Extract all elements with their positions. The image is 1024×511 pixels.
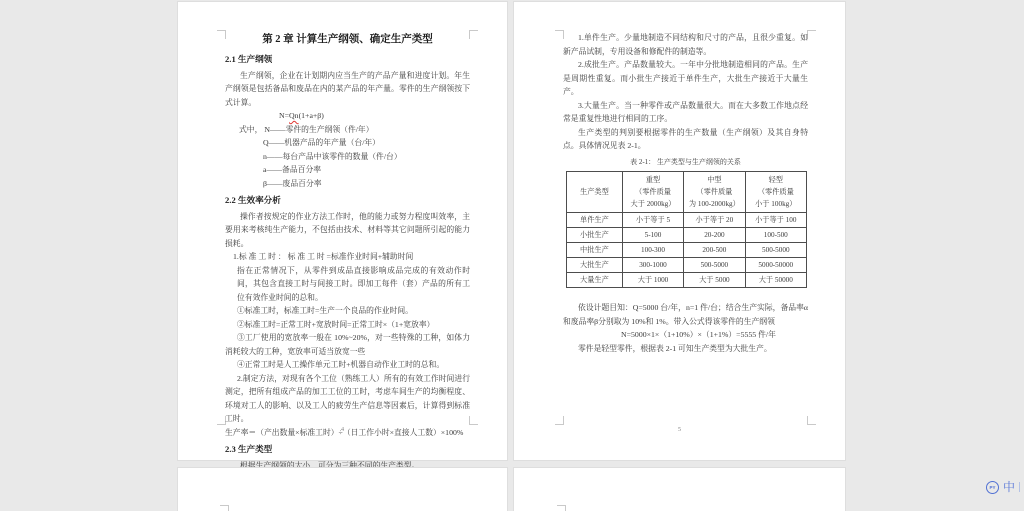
formula-production-outline: N=Qn(1+a+β) — [279, 109, 470, 123]
list-item: ④正常工时是人工操作单元工时+机器自动作业工时的总和。 — [237, 358, 470, 372]
list-item: ②标准工时=正常工时+宽放时间=正常工时×（1+宽放率） — [237, 318, 470, 332]
production-type-table: 生产类型 重型 （零件质量 大于 2000kg） 中型 （零件质量 为 100-… — [566, 171, 807, 288]
table-row: 小批生产 5-100 20-200 100-500 — [567, 228, 807, 243]
paragraph: 生产纲领，企业在计划期内应当生产的产品产量和进度计划。年生产纲领是包括备品和废品… — [225, 69, 470, 110]
formula-outline-result: N=5000×1×（1+10%）×（1+1%）=5555 件/年 — [621, 328, 808, 342]
list-item: 2.制定方法，对现有各个工位（熟练工人）所有的有效工作时间进行测定，把所有组成产… — [225, 372, 470, 426]
table-cell: 大于 5000 — [684, 273, 745, 288]
formula-spellcheck-underline: Qn — [289, 111, 299, 120]
definition-line: Q——机器产品的年产量（台/年） — [263, 136, 470, 150]
pinyin-ime-icon[interactable]: PY — [986, 481, 999, 494]
table-cell: 200-500 — [684, 243, 745, 258]
paragraph: 2.成批生产。产品数量较大。一年中分批地制造相同的产品。生产是周期性重复。而小批… — [563, 58, 808, 99]
paragraph: 零件是轻型零件，根据表 2-1 可知生产类型为大批生产。 — [563, 342, 808, 356]
table-cell: 100-300 — [622, 243, 683, 258]
definition-line: 式中， N——零件的生产纲领（件/年） — [239, 123, 470, 137]
document-page-4[interactable]: 第 2 章 计算生产纲领、确定生产类型 2.1 生产纲领 生产纲领，企业在计划期… — [178, 2, 507, 460]
table-header-row: 生产类型 重型 （零件质量 大于 2000kg） 中型 （零件质量 为 100-… — [567, 172, 807, 213]
list-item: ③工厂使用的宽放率一般在 10%~20%，对一些特殊的工种，如体力消耗较大的工种… — [225, 331, 470, 358]
table-row: 大批生产 300-1000 500-5000 5000-50000 — [567, 258, 807, 273]
table-cell: 小批生产 — [567, 228, 623, 243]
margin-mark-bottom-right — [807, 416, 816, 425]
margin-mark-bottom-left — [555, 416, 564, 425]
table-cell: 大量生产 — [567, 273, 623, 288]
table-header-cell: 生产类型 — [567, 172, 623, 213]
paragraph: 生产类型的判别要根据零件的生产数量（生产纲领）及其自身特点。具体情况见表 2-1… — [563, 126, 808, 153]
formula-post: (1+a+β) — [299, 111, 324, 120]
heading-2-3: 2.3 生产类型 — [225, 443, 470, 457]
table-cell: 20-200 — [684, 228, 745, 243]
document-page-next-right[interactable] — [514, 468, 845, 511]
table-cell: 小于等于 20 — [684, 213, 745, 228]
paragraph: 操作者按规定的作业方法工作时，他的能力或努力程度叫效率，主要用来考核纯生产能力，… — [225, 210, 470, 251]
table-cell: 大于 1000 — [622, 273, 683, 288]
table-cell: 大批生产 — [567, 258, 623, 273]
paragraph: 依设计题目知：Q=5000 台/年，n=1 件/台；结合生产实际，备品率α和废品… — [563, 301, 808, 328]
table-header-cell: 中型 （零件质量 为 100-2000kg） — [684, 172, 745, 213]
list-item: 1.标 准 工 时 ： 标 准 工 时 =标准作业时间+辅助时间 — [233, 250, 470, 264]
page-5-content: 1.单件生产。少量地制造不同结构和尺寸的产品，且很少重复。如新产品试制，专用设备… — [563, 31, 808, 355]
document-page-next-left[interactable] — [178, 468, 507, 511]
list-item: ①标准工时，标准工时=生产一个良品的作业时间。 — [237, 304, 470, 318]
ime-extra-icon-cutoff — [1019, 482, 1024, 492]
table-cell: 大于 50000 — [745, 273, 806, 288]
table-row: 大量生产 大于 1000 大于 5000 大于 50000 — [567, 273, 807, 288]
table-cell: 5-100 — [622, 228, 683, 243]
table-cell: 100-500 — [745, 228, 806, 243]
list-item-note: 指在正常情况下，从零件到成品直接影响成品完成的有效动作时间，其包含直接工时与间接… — [237, 264, 470, 305]
chinese-mode-label[interactable]: 中 — [1003, 479, 1015, 496]
margin-mark-top-left — [220, 505, 229, 511]
table-cell: 500-5000 — [684, 258, 745, 273]
definition-line: β——废品百分率 — [263, 177, 470, 191]
table-header-cell: 重型 （零件质量 大于 2000kg） — [622, 172, 683, 213]
document-page-5[interactable]: 1.单件生产。少量地制造不同结构和尺寸的产品，且很少重复。如新产品试制，专用设备… — [514, 2, 845, 460]
chapter-title: 第 2 章 计算生产纲领、确定生产类型 — [225, 33, 470, 47]
margin-mark-bottom-right — [469, 416, 478, 425]
heading-2-2: 2.2 生效率分析 — [225, 194, 470, 208]
table-header-cell: 轻型 （零件质量 小于 100kg） — [745, 172, 806, 213]
table-cell: 单件生产 — [567, 213, 623, 228]
definition-line: n——每台产品中该零件的数量（件/台） — [263, 150, 470, 164]
margin-mark-top-left — [557, 505, 566, 511]
page-number: 5 — [514, 426, 845, 433]
table-cell: 500-5000 — [745, 243, 806, 258]
margin-mark-top-right — [807, 30, 816, 39]
formula-pre: N= — [279, 111, 289, 120]
table-row: 中批生产 100-300 200-500 500-5000 — [567, 243, 807, 258]
margin-mark-top-right — [469, 30, 478, 39]
table-cell: 5000-50000 — [745, 258, 806, 273]
table-cell: 中批生产 — [567, 243, 623, 258]
paragraph: 1.单件生产。少量地制造不同结构和尺寸的产品，且很少重复。如新产品试制，专用设备… — [563, 31, 808, 58]
table-caption: 表 2-1： 生产类型与生产纲领的关系 — [563, 156, 808, 170]
table-cell: 小于等于 100 — [745, 213, 806, 228]
table-row: 单件生产 小于等于 5 小于等于 20 小于等于 100 — [567, 213, 807, 228]
paragraph: 3.大量生产。当一种零件或产品数量很大。而在大多数工作地点经常是重复性地进行相同… — [563, 99, 808, 126]
page-number: 4 — [178, 426, 507, 433]
heading-2-1: 2.1 生产纲领 — [225, 53, 470, 67]
table-cell: 小于等于 5 — [622, 213, 683, 228]
definition-line: a——备品百分率 — [263, 163, 470, 177]
table-cell: 300-1000 — [622, 258, 683, 273]
input-method-indicator[interactable]: PY 中 — [984, 479, 1024, 497]
page-4-content: 第 2 章 计算生产纲领、确定生产类型 2.1 生产纲领 生产纲领，企业在计划期… — [225, 31, 470, 472]
